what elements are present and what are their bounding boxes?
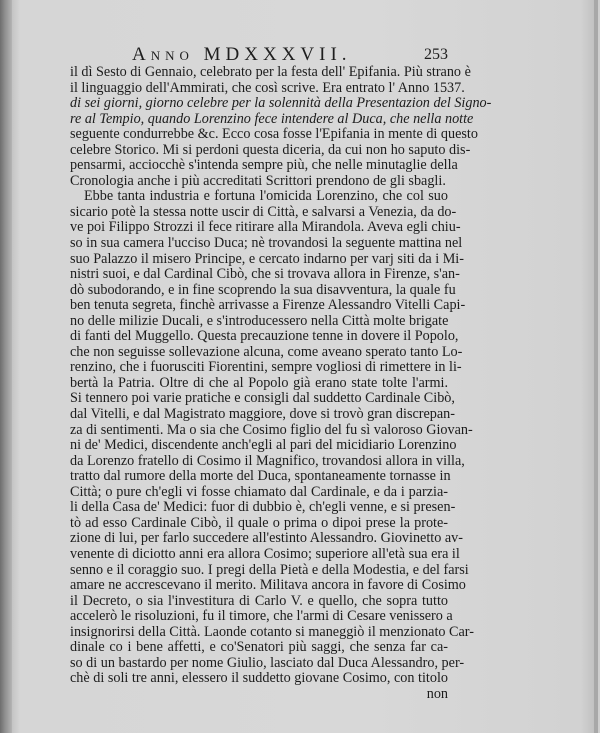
text-line: amare ne accrescevano il merito. Militav… — [70, 578, 448, 594]
text-line: il Decreto, o sia l'investitura di Carlo… — [70, 594, 448, 610]
text-line: Città; o pure ch'egli vi fosse chiamato … — [70, 485, 448, 501]
page-header: Anno MDXXXVII. 253 — [70, 44, 448, 66]
text-line: li della Casa de' Medici: fuor di dubbio… — [70, 500, 448, 516]
text-line: dò subodorando, e in fine scoprendo la s… — [70, 283, 448, 299]
text-line: pensarmi, acciocchè s'intenda sempre più… — [70, 158, 448, 174]
text-line: ve poi Filippo Strozzi il fece ritirare … — [70, 220, 448, 236]
text-line: Si tennero poi varie pratiche e consigli… — [70, 391, 448, 407]
text-line: no delle milizie Ducali, e s'introducess… — [70, 314, 448, 330]
book-page: Anno MDXXXVII. 253 il dì Sesto di Gennai… — [12, 0, 598, 733]
text-line: seguente condurrebbe &c. Ecco cosa fosse… — [70, 127, 448, 143]
text-line: re al Tempio, quando Lorenzino fece inte… — [70, 112, 448, 128]
page-edge — [594, 0, 598, 733]
page-number: 253 — [424, 46, 448, 64]
text-line: che non seguisse sollevazione alcuna, co… — [70, 345, 448, 361]
text-line: sicario potè la stessa notte uscir di Ci… — [70, 205, 448, 221]
text-line: za di sentimenti. Ma o sia che Cosimo fi… — [70, 423, 448, 439]
text-line: celebre Storico. Mi si perdoni questa di… — [70, 143, 448, 159]
catchword: non — [70, 687, 448, 703]
text-line: so di un bastardo per nome Giulio, lasci… — [70, 656, 448, 672]
text-line: bertà la Patria. Oltre di che al Popolo … — [70, 376, 448, 392]
text-line: dal Vitelli, e dal Magistrato maggiore, … — [70, 407, 448, 423]
text-line: tratto dal rumore della morte del Duca, … — [70, 469, 448, 485]
text-line: accelerò le risoluzioni, fu il timore, c… — [70, 609, 448, 625]
text-line: insignorirsi della Città. Laonde cotanto… — [70, 625, 448, 641]
text-line: renzino, che i fuorusciti Fiorentini, se… — [70, 360, 448, 376]
text-line: il dì Sesto di Gennaio, celebrato per la… — [70, 65, 448, 81]
text-line: chè di soli tre anni, elessero il suddet… — [70, 671, 448, 687]
text-line: zione di lui, per farlo succedere all'es… — [70, 531, 448, 547]
body-text: il dì Sesto di Gennaio, celebrato per la… — [70, 65, 448, 702]
text-line: di sei giorni, giorno celebre per la sol… — [70, 96, 448, 112]
running-title: Anno MDXXXVII. — [132, 44, 352, 66]
text-line: ben tenuta segreta, finchè arrivasse a F… — [70, 298, 448, 314]
text-line: da Lorenzo fratello di Cosimo il Magnifi… — [70, 454, 448, 470]
text-line: senno e il coraggio suo. I pregi della P… — [70, 563, 448, 579]
text-line: di fanti del Muggello. Questa precauzion… — [70, 329, 448, 345]
text-line: suo Palazzo il misero Principe, e cercat… — [70, 252, 448, 268]
paragraph-start-line: Ebbe tanta industria e fortuna l'omicida… — [70, 189, 448, 205]
text-line: ni de' Medici, discendente anch'egli al … — [70, 438, 448, 454]
book-spine-shadow — [0, 0, 12, 733]
text-line: nistri suoi, e dal Cardinal Cibò, che si… — [70, 267, 448, 283]
text-line: venente di diciotto anni era allora Cosi… — [70, 547, 448, 563]
text-line: Cronologia anche i più accreditati Scrit… — [70, 174, 448, 190]
text-line: il linguaggio dell'Ammirati, che così sc… — [70, 81, 448, 97]
text-line: so in sua camera l'ucciso Duca; nè trova… — [70, 236, 448, 252]
text-line: tò ad esso Cardinale Cibò, il quale o pr… — [70, 516, 448, 532]
text-line: dinale co i bene affetti, e co'Senatori … — [70, 640, 448, 656]
